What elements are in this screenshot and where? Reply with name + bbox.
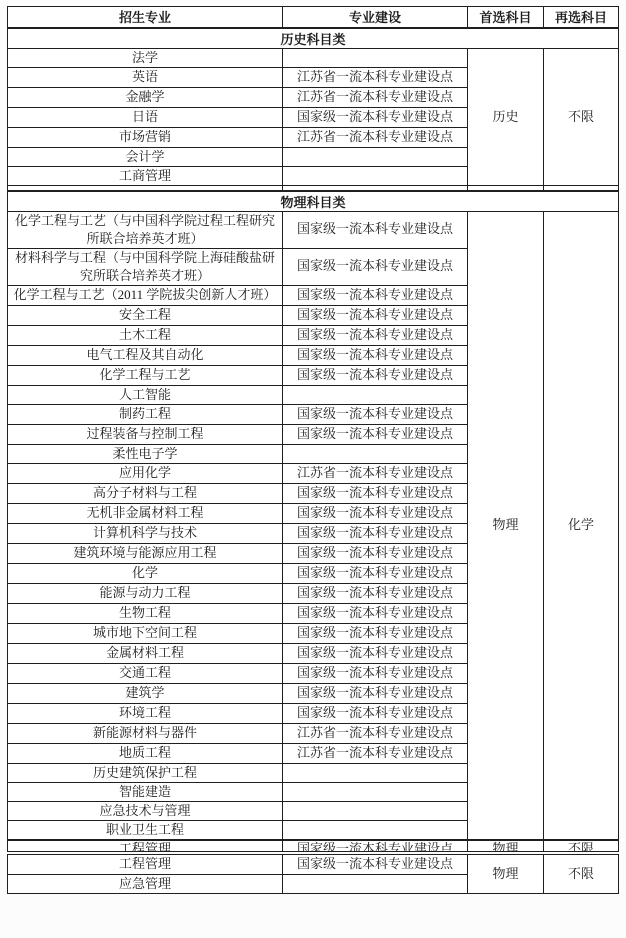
major-cell: 生物工程: [8, 603, 283, 623]
table-row: 法学历史不限: [8, 48, 619, 67]
major-cell: 应急技术与管理: [8, 801, 283, 820]
clipped-major-cell: 工程管理: [8, 840, 283, 851]
construction-cell: [283, 874, 468, 893]
major-cell: 计算机科学与技术: [8, 523, 283, 543]
blank-cell: [8, 185, 283, 190]
construction-cell: [283, 782, 468, 801]
second-subject-cell: 不限: [544, 854, 619, 893]
major-cell: 过程装备与控制工程: [8, 424, 283, 444]
construction-cell: 国家级一流本科专业建设点: [283, 424, 468, 444]
page: 招生专业 专业建设 首选科目 再选科目 历史科目类法学历史不限英语江苏省一流本科…: [0, 0, 626, 898]
clipped-major-text: 工程管理: [8, 841, 282, 851]
physics-section-body: 物理科目类化学工程与工艺（与中国科学院过程工程研究所联合培养英才班）国家级一流本…: [8, 191, 619, 839]
major-cell: 英语: [8, 67, 283, 87]
major-cell: 制药工程: [8, 404, 283, 424]
major-cell: 建筑学: [8, 683, 283, 703]
major-cell: 安全工程: [8, 305, 283, 325]
major-cell: 金融学: [8, 87, 283, 107]
construction-cell: [283, 444, 468, 463]
col-header-first-subject: 首选科目: [468, 7, 544, 28]
major-cell: 历史建筑保护工程: [8, 763, 283, 782]
blank-cell: [544, 185, 619, 190]
construction-cell: 国家级一流本科专业建设点: [283, 523, 468, 543]
major-cell: 交通工程: [8, 663, 283, 683]
management-section-body: 工程管理国家级一流本科专业建设点物理不限应急管理: [8, 854, 619, 893]
construction-cell: 国家级一流本科专业建设点: [283, 211, 468, 248]
table-row: 工程管理国家级一流本科专业建设点物理不限: [8, 854, 619, 874]
admission-table-physics-section: 物理科目类化学工程与工艺（与中国科学院过程工程研究所联合培养英才班）国家级一流本…: [7, 191, 619, 840]
major-cell: 日语: [8, 107, 283, 127]
major-cell: 无机非金属材料工程: [8, 503, 283, 523]
major-cell: 市场营销: [8, 127, 283, 147]
construction-cell: [283, 385, 468, 404]
major-cell: 高分子材料与工程: [8, 483, 283, 503]
page-break-clipped-row-table: 工程管理 国家级一流本科专业建设点 物理 不限: [7, 840, 619, 852]
major-cell: 建筑环境与能源应用工程: [8, 543, 283, 563]
section-title: 物理科目类: [8, 191, 619, 211]
page-break-sliver-row: [8, 185, 619, 190]
construction-cell: 国家级一流本科专业建设点: [283, 325, 468, 345]
major-cell: 电气工程及其自动化: [8, 345, 283, 365]
construction-cell: [283, 166, 468, 185]
clipped-construction-text: 国家级一流本科专业建设点: [283, 841, 467, 851]
construction-cell: 江苏省一流本科专业建设点: [283, 67, 468, 87]
major-cell: 人工智能: [8, 385, 283, 404]
major-cell: 城市地下空间工程: [8, 623, 283, 643]
col-header-construction: 专业建设: [283, 7, 468, 28]
construction-cell: 江苏省一流本科专业建设点: [283, 723, 468, 743]
major-cell: 工商管理: [8, 166, 283, 185]
major-cell: 化学工程与工艺（2011 学院拔尖创新人才班）: [8, 285, 283, 305]
construction-cell: 国家级一流本科专业建设点: [283, 663, 468, 683]
clipped-first-subject-cell: 物理: [468, 840, 544, 851]
column-header-row: 招生专业 专业建设 首选科目 再选科目: [8, 7, 619, 28]
major-cell: 职业卫生工程: [8, 820, 283, 839]
construction-cell: 江苏省一流本科专业建设点: [283, 743, 468, 763]
construction-cell: 江苏省一流本科专业建设点: [283, 127, 468, 147]
table-row: 化学工程与工艺（与中国科学院过程工程研究所联合培养英才班）国家级一流本科专业建设…: [8, 211, 619, 248]
construction-cell: 国家级一流本科专业建设点: [283, 345, 468, 365]
major-cell: 化学工程与工艺（与中国科学院过程工程研究所联合培养英才班）: [8, 211, 283, 248]
second-subject-cell: 不限: [544, 48, 619, 185]
clipped-second-subject-cell: 不限: [544, 840, 619, 851]
construction-cell: 国家级一流本科专业建设点: [283, 703, 468, 723]
admission-table-management-section: 工程管理国家级一流本科专业建设点物理不限应急管理: [7, 854, 619, 894]
major-cell: 金属材料工程: [8, 643, 283, 663]
construction-cell: [283, 820, 468, 839]
first-subject-cell: 物理: [468, 854, 544, 893]
section-title-row: 物理科目类: [8, 191, 619, 211]
major-cell: 智能建造: [8, 782, 283, 801]
construction-cell: 国家级一流本科专业建设点: [283, 643, 468, 663]
construction-cell: 国家级一流本科专业建设点: [283, 683, 468, 703]
construction-cell: 江苏省一流本科专业建设点: [283, 87, 468, 107]
construction-cell: 国家级一流本科专业建设点: [283, 483, 468, 503]
construction-cell: [283, 763, 468, 782]
construction-cell: 国家级一流本科专业建设点: [283, 603, 468, 623]
major-cell: 会计学: [8, 147, 283, 166]
major-cell: 能源与动力工程: [8, 583, 283, 603]
major-cell: 环境工程: [8, 703, 283, 723]
major-cell: 应用化学: [8, 463, 283, 483]
major-cell: 柔性电子学: [8, 444, 283, 463]
major-cell: 法学: [8, 48, 283, 67]
construction-cell: 国家级一流本科专业建设点: [283, 503, 468, 523]
construction-cell: 国家级一流本科专业建设点: [283, 107, 468, 127]
construction-cell: 国家级一流本科专业建设点: [283, 583, 468, 603]
first-subject-cell: 物理: [468, 211, 544, 839]
first-subject-cell: 历史: [468, 48, 544, 185]
major-cell: 化学: [8, 563, 283, 583]
construction-cell: [283, 147, 468, 166]
major-cell: 工程管理: [8, 854, 283, 874]
construction-cell: 国家级一流本科专业建设点: [283, 404, 468, 424]
construction-cell: 国家级一流本科专业建设点: [283, 543, 468, 563]
blank-cell: [468, 185, 544, 190]
section-title-row: 历史科目类: [8, 28, 619, 49]
admission-table-history-section: 招生专业 专业建设 首选科目 再选科目 历史科目类法学历史不限英语江苏省一流本科…: [7, 6, 619, 191]
construction-cell: [283, 48, 468, 67]
construction-cell: 国家级一流本科专业建设点: [283, 854, 468, 874]
clipped-row: 工程管理 国家级一流本科专业建设点 物理 不限: [8, 840, 619, 851]
blank-cell: [283, 185, 468, 190]
major-cell: 化学工程与工艺: [8, 365, 283, 385]
major-cell: 土木工程: [8, 325, 283, 345]
section-title: 历史科目类: [8, 28, 619, 49]
construction-cell: [283, 801, 468, 820]
major-cell: 应急管理: [8, 874, 283, 893]
col-header-major: 招生专业: [8, 7, 283, 28]
construction-cell: 国家级一流本科专业建设点: [283, 365, 468, 385]
construction-cell: 江苏省一流本科专业建设点: [283, 463, 468, 483]
construction-cell: 国家级一流本科专业建设点: [283, 305, 468, 325]
construction-cell: 国家级一流本科专业建设点: [283, 563, 468, 583]
major-cell: 材料科学与工程（与中国科学院上海硅酸盐研究所联合培养英才班）: [8, 248, 283, 285]
col-header-second-subject: 再选科目: [544, 7, 619, 28]
construction-cell: 国家级一流本科专业建设点: [283, 623, 468, 643]
major-cell: 地质工程: [8, 743, 283, 763]
clipped-construction-cell: 国家级一流本科专业建设点: [283, 840, 468, 851]
history-section-body: 历史科目类法学历史不限英语江苏省一流本科专业建设点金融学江苏省一流本科专业建设点…: [8, 28, 619, 191]
construction-cell: 国家级一流本科专业建设点: [283, 285, 468, 305]
clipped-first-subject-text: 物理: [468, 841, 543, 851]
second-subject-cell: 化学: [544, 211, 619, 839]
clipped-second-subject-text: 不限: [544, 841, 618, 851]
major-cell: 新能源材料与器件: [8, 723, 283, 743]
construction-cell: 国家级一流本科专业建设点: [283, 248, 468, 285]
